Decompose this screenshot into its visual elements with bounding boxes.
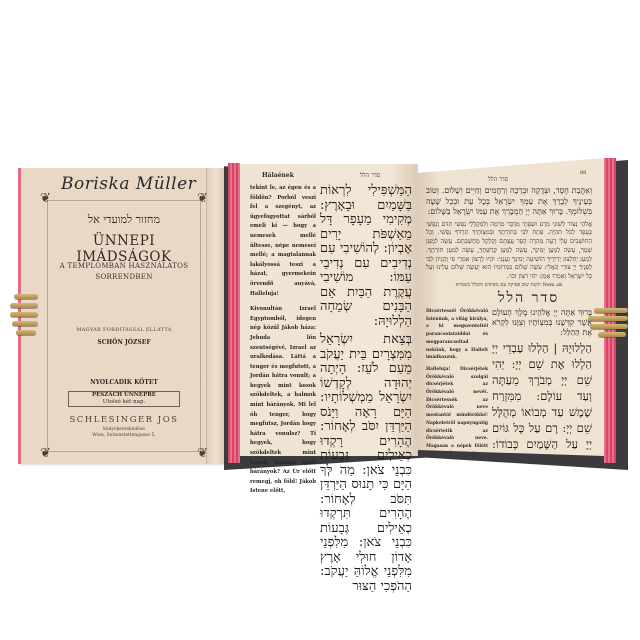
- title-page: Boriska Müller ❦ ❦ ❦ ❦ מחזור למועדי אל Ü…: [18, 168, 225, 464]
- ornamental-frame: ❦ ❦ ❦ ❦ מחזור למועדי אל ÜNNEPI IMÁDSÁGOK…: [47, 200, 201, 452]
- hebrew-paragraph: אֱלֹהַי נְצוֹר לְשׁוֹנִי מֵרָע וּשְׂפָתַ…: [426, 221, 592, 283]
- hebrew-paragraph: בְּצֵאת יִשְׂרָאֵל מִמִּצְרָיִם בֵּית יַ…: [320, 333, 412, 594]
- left-page: Hálaének סדר הלל tekint le, az égen és a…: [240, 164, 418, 456]
- left-hand-page-holder: [10, 292, 40, 338]
- author: SCHÖN JÓZSEF: [48, 339, 200, 346]
- hungarian-paragraph: tekint le, az égen és a földön? Porból v…: [250, 184, 316, 299]
- corner-ornament-icon: ❦: [40, 191, 51, 206]
- hebrew-prayer-top: וְאַהֲבַת חֶסֶד, וּצְדָקָה וּבְרָכָה וְר…: [426, 186, 592, 286]
- subtitle: A TEMPLOMBAN HASZNÁLATOS SORRENDBEN: [48, 261, 200, 283]
- subtitle-line: SORRENDBEN: [48, 272, 200, 283]
- right-hand-page-holder: [588, 306, 628, 342]
- translation-note: MAGYAR FORDITÁSSAL ELLÁTTA: [48, 327, 200, 333]
- section-heading: סדר הלל: [498, 290, 559, 307]
- hebrew-paragraph: הַלְלוּיָהּ | הַלְלוּ עַבְדֵי יְיָ הַלְל…: [492, 340, 592, 450]
- publisher: SCHLESINGER JOS: [48, 415, 200, 425]
- publisher-line: Wien, Seitenstettengasse 5.: [48, 433, 200, 439]
- hungarian-paragraph: Kivonultán Izrael Egyptomból, idegen nép…: [250, 305, 316, 497]
- photo-scene: Boriska Müller ❦ ❦ ❦ ❦ מחזור למועדי אל Ü…: [0, 0, 640, 640]
- page-number: 88: [580, 170, 586, 176]
- holiday-box: PESZÁCH ÜNNEPRE Utolsó két nap.: [68, 391, 180, 407]
- holiday-subtitle: Utolsó két nap.: [103, 399, 145, 405]
- publisher-address: könyvkereskedése Wien, Seitenstettengass…: [48, 427, 200, 439]
- corner-ornament-icon: ❦: [40, 446, 51, 461]
- hebrew-text-column: בָּרוּךְ אַתָּה יְיָ אֱלֹהֵינוּ מֶלֶךְ ה…: [492, 308, 592, 450]
- hungarian-paragraph: Halleluja! Dicsérjétek Örökkévaló szolgá…: [426, 366, 488, 497]
- hebrew-text-column: הַמַּשְׁפִּילִי לִרְאוֹת בַּשָּׁמַיִם וּ…: [320, 184, 412, 598]
- hungarian-translation-column: Dicsértessél Örökkévaló Istenünk, a vilá…: [426, 308, 488, 501]
- volume-label: NYOLCADIK KÖTET: [48, 379, 200, 386]
- hungarian-translation-column: tekint le, az égen és a földön? Porból v…: [250, 184, 316, 503]
- running-head-hungarian: Hálaének: [262, 172, 294, 179]
- right-page: סדר הלל 88 וְאַהֲבַת חֶסֶד, וּצְדָקָה וּ…: [418, 158, 604, 456]
- hebrew-title: מחזור למועדי אל: [48, 213, 200, 226]
- subtitle-line: A TEMPLOMBAN HASZNÁLATOS: [48, 261, 200, 272]
- page-edges-pink: [228, 163, 240, 463]
- hebrew-paragraph: בָּרוּךְ אַתָּה יְיָ אֱלֹהֵינוּ מֶלֶךְ ה…: [492, 308, 592, 338]
- hebrew-paragraph: הַמַּשְׁפִּילִי לִרְאוֹת בַּשָּׁמַיִם וּ…: [320, 184, 412, 329]
- hebrew-paragraph: וְאַהֲבַת חֶסֶד, וּצְדָקָה וּבְרָכָה וְר…: [426, 186, 592, 218]
- running-head-hebrew: סדר הלל: [488, 176, 508, 183]
- page-fold: [206, 168, 225, 464]
- running-head-hebrew: סדר הלל: [360, 172, 380, 179]
- owner-signature: Boriska Müller: [61, 174, 196, 194]
- corner-ornament-icon: ❦: [197, 191, 208, 206]
- hungarian-paragraph: Dicsértessél Örökkévaló Istenünk, a vilá…: [426, 308, 488, 362]
- rubric-note: Nem ah תקנת שוב פסוקה עם מפיסים והכלל בש…: [426, 282, 592, 288]
- corner-ornament-icon: ❦: [197, 446, 208, 461]
